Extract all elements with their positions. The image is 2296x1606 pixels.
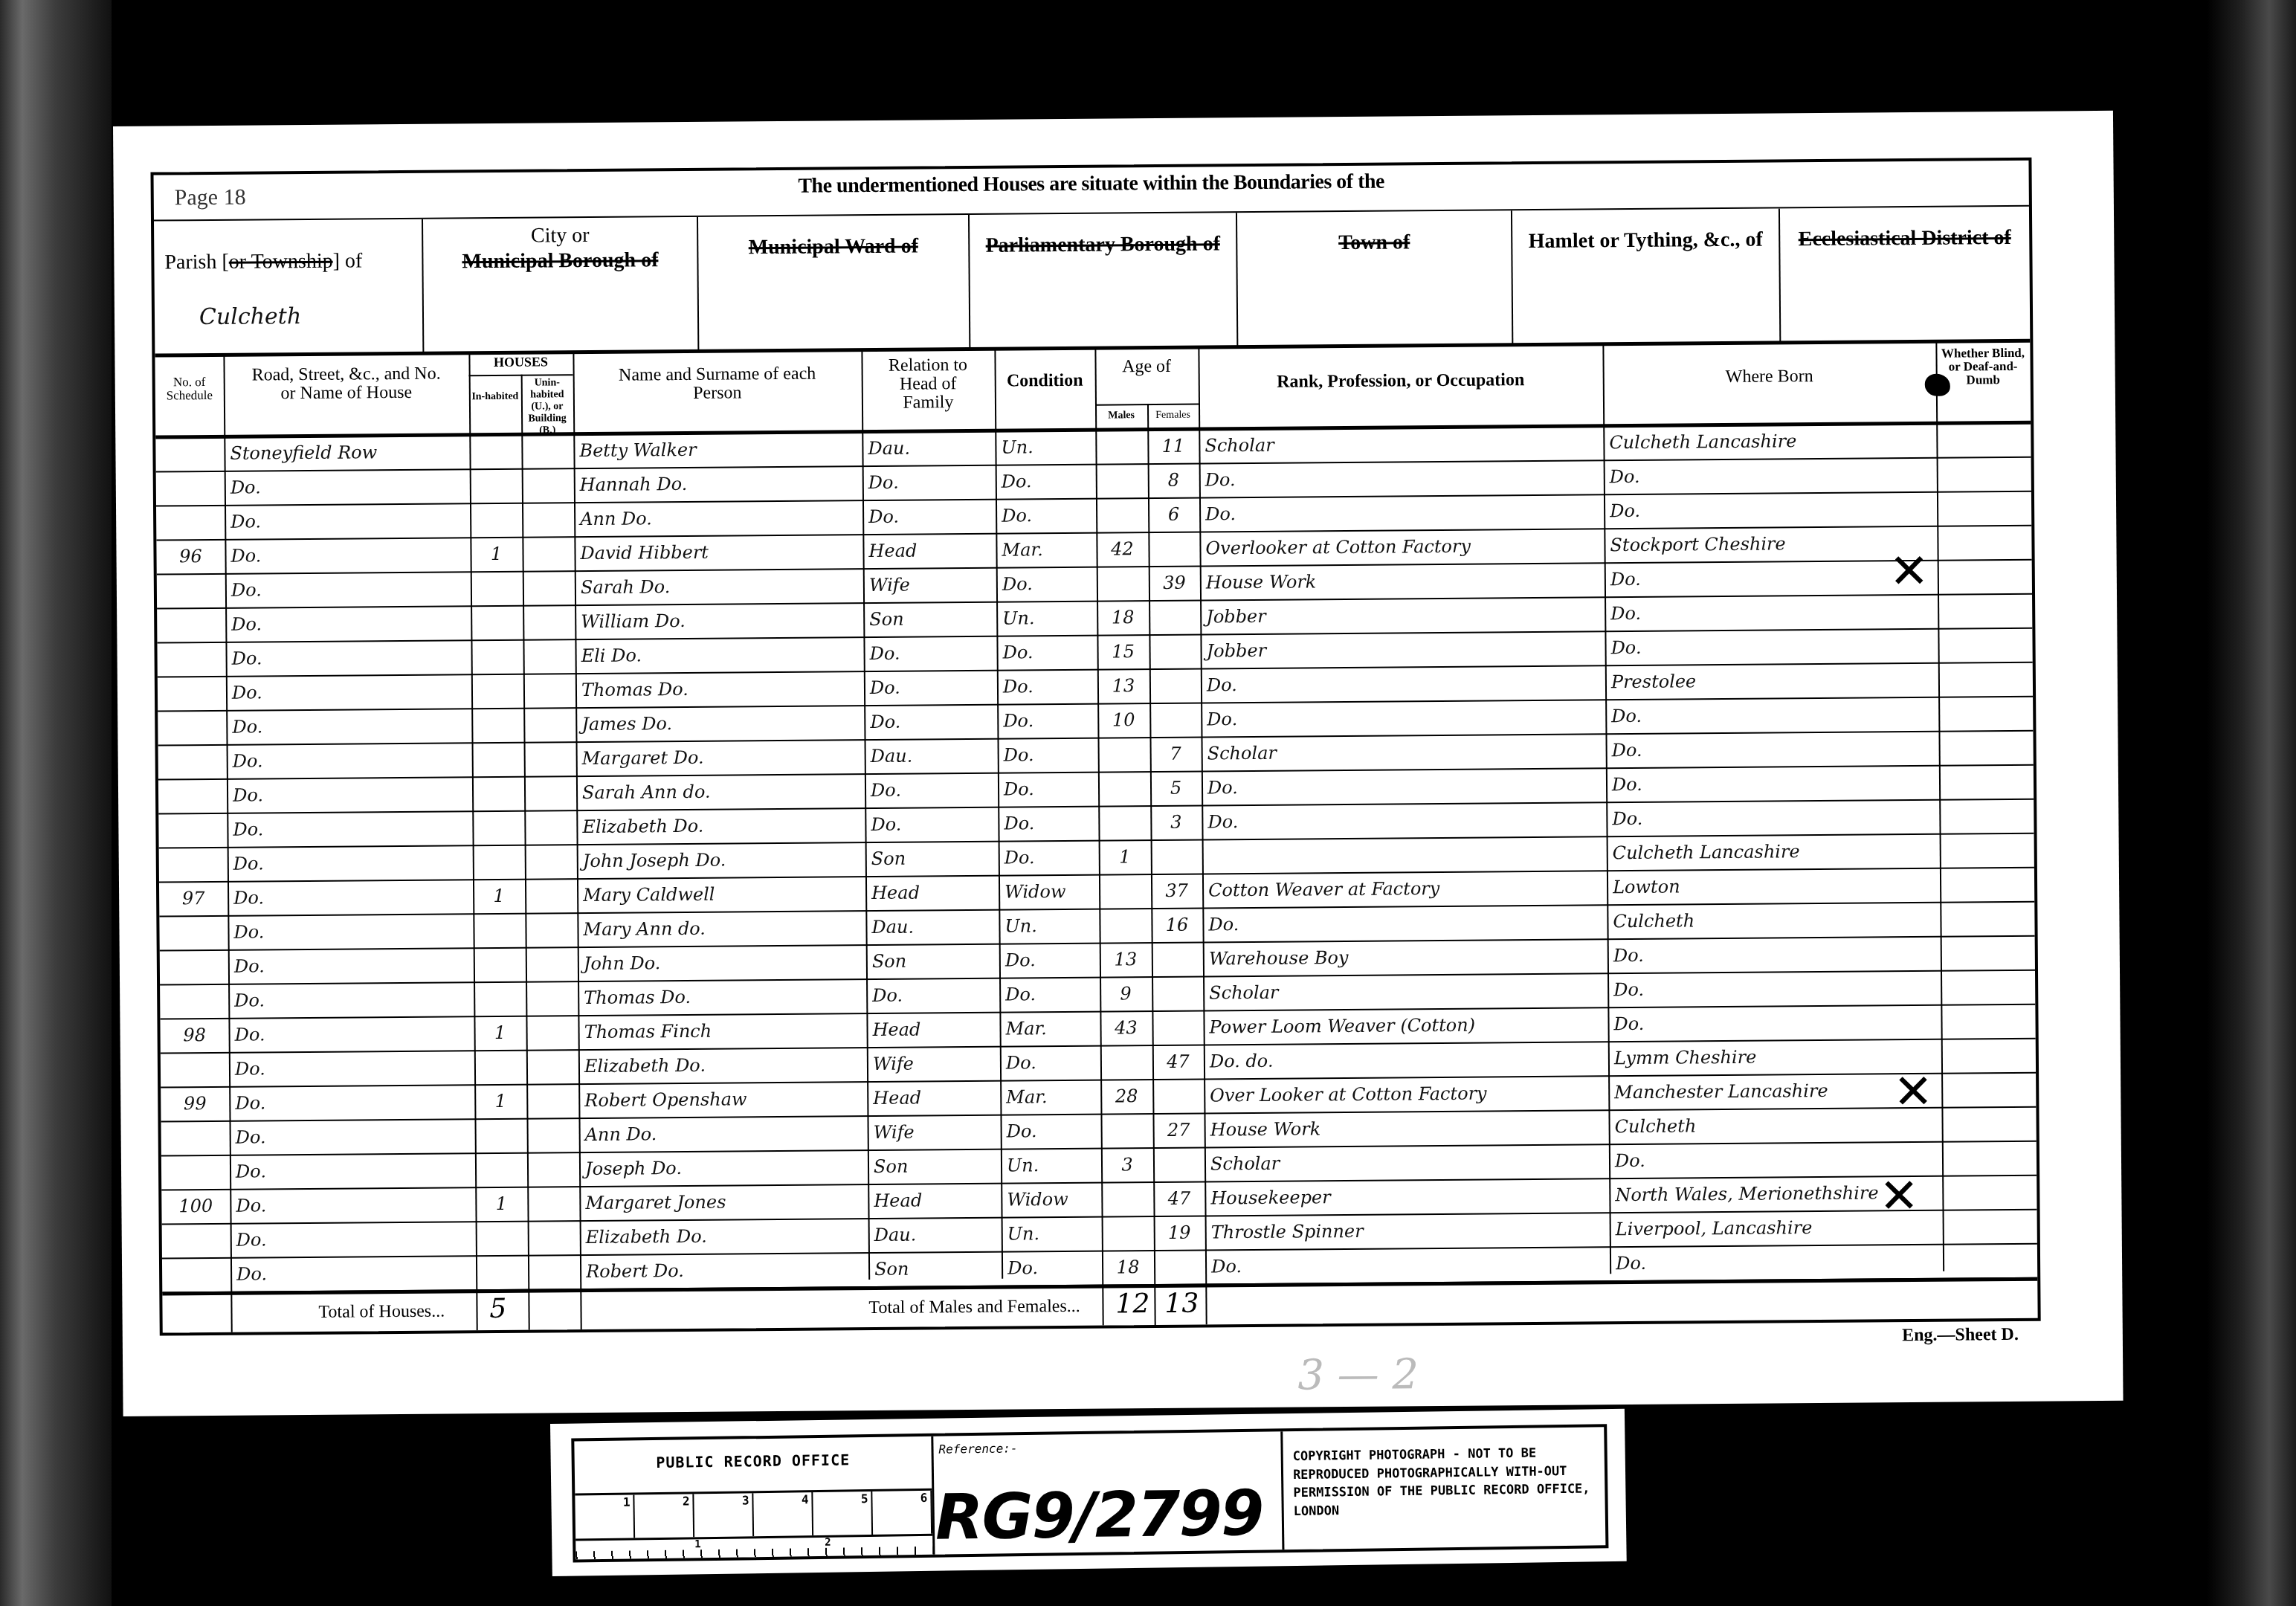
cell-relation: Son bbox=[868, 1149, 1001, 1184]
cell-occupation: Do. bbox=[1201, 699, 1605, 736]
cell-occupation: Scholar bbox=[1205, 1144, 1609, 1181]
cell-condition: Do. bbox=[998, 772, 1098, 807]
cell-male-age bbox=[1096, 463, 1148, 498]
cell-schedule bbox=[157, 642, 225, 677]
header-where-born: Where Born bbox=[1602, 341, 1936, 426]
cell-inhabited bbox=[475, 1152, 527, 1187]
cell-female-age bbox=[1152, 976, 1203, 1011]
cell-condition: Un. bbox=[1001, 1148, 1101, 1183]
cell-name: James Do. bbox=[575, 705, 864, 741]
cell-relation: Do. bbox=[865, 807, 998, 842]
cell-condition: Widow bbox=[999, 874, 1099, 909]
cell-occupation: Cotton Weaver at Factory bbox=[1202, 870, 1607, 907]
cell-schedule bbox=[156, 505, 225, 540]
cell-where-born: Manchester Lancashire bbox=[1608, 1073, 1941, 1110]
cell-female-age bbox=[1154, 1250, 1205, 1285]
cell-uninhabited bbox=[524, 810, 576, 845]
cell-where-born: Do. bbox=[1605, 594, 1938, 631]
cell-schedule bbox=[159, 915, 228, 950]
sheet-label: Eng.—Sheet D. bbox=[1902, 1325, 2019, 1346]
cell-female-age: 7 bbox=[1149, 737, 1201, 772]
cell-road: Do. bbox=[225, 503, 470, 539]
cell-condition: Do. bbox=[999, 977, 1100, 1012]
cell-relation: Do. bbox=[862, 465, 996, 500]
cell-male-age bbox=[1101, 1181, 1153, 1216]
cell-schedule bbox=[159, 847, 228, 882]
cell-road: Do. bbox=[225, 605, 471, 642]
cell-male-age: 13 bbox=[1100, 942, 1152, 977]
cell-road: Do. bbox=[225, 537, 470, 573]
cell-male-age: 28 bbox=[1100, 1079, 1152, 1114]
location-parl-borough: Parliamentary Borough of bbox=[968, 213, 1236, 349]
cell-uninhabited bbox=[523, 707, 575, 742]
cell-road: Do. bbox=[227, 810, 472, 847]
cell-schedule bbox=[160, 984, 228, 1019]
cell-relation: Do. bbox=[866, 978, 999, 1013]
cell-inhabited bbox=[471, 605, 523, 640]
pro-reference-label: PUBLIC RECORD OFFICE 1 2 3 4 5 6 1 2 Ref… bbox=[550, 1409, 1627, 1576]
cross-mark: ✕ bbox=[1893, 1068, 1933, 1116]
cell-occupation: Do. do. bbox=[1204, 1041, 1608, 1078]
header-name: Name and Surname of each Person bbox=[573, 349, 862, 433]
cell-occupation: Overlooker at Cotton Factory bbox=[1199, 528, 1604, 565]
cell-infirmity bbox=[1943, 1209, 2037, 1244]
cell-schedule bbox=[158, 778, 227, 813]
scan-edge-right bbox=[2207, 0, 2296, 1606]
census-form: Page 18 The undermentioned Houses are si… bbox=[150, 158, 2040, 1336]
cell-inhabited bbox=[472, 742, 524, 777]
cell-occupation: Scholar bbox=[1203, 973, 1607, 1010]
cell-uninhabited bbox=[526, 1118, 578, 1152]
cell-where-born: Do. bbox=[1605, 628, 1938, 665]
cell-infirmity bbox=[1937, 457, 2031, 491]
cell-occupation: Do. bbox=[1199, 494, 1604, 531]
cell-road: Do. bbox=[229, 1084, 474, 1120]
cell-where-born: Lowton bbox=[1607, 868, 1940, 905]
cell-occupation: House Work bbox=[1204, 1109, 1608, 1147]
cell-uninhabited bbox=[523, 570, 575, 605]
cell-inhabited bbox=[474, 947, 526, 982]
cell-male-age bbox=[1095, 429, 1147, 464]
cell-name: Elizabeth Do. bbox=[576, 807, 865, 844]
cell-condition: Do. bbox=[996, 567, 1097, 602]
cell-condition: Widow bbox=[1001, 1182, 1101, 1217]
cell-infirmity bbox=[1942, 1175, 2037, 1210]
cell-inhabited: 1 bbox=[474, 1016, 526, 1051]
cell-occupation: Do. bbox=[1202, 802, 1606, 839]
cell-relation: Do. bbox=[865, 773, 998, 807]
cell-where-born: Do. bbox=[1607, 1004, 1941, 1042]
cell-where-born: Do. bbox=[1606, 765, 1939, 802]
cell-infirmity bbox=[1939, 799, 2034, 833]
cell-occupation: Over Looker at Cotton Factory bbox=[1204, 1075, 1608, 1112]
cell-schedule bbox=[161, 1052, 229, 1087]
cell-name: Joseph Do. bbox=[579, 1149, 868, 1186]
cell-road: Do. bbox=[225, 571, 471, 607]
cell-name: Elizabeth Do. bbox=[578, 1047, 867, 1083]
location-ward: Municipal Ward of bbox=[697, 215, 969, 351]
scale-bar-top: 1 2 3 4 5 6 bbox=[575, 1489, 932, 1541]
cell-relation: Wife bbox=[867, 1115, 1000, 1149]
total-houses-label: Total of Houses... bbox=[318, 1302, 445, 1323]
cell-uninhabited bbox=[527, 1186, 579, 1221]
location-ecclesiastical: Ecclesiastical District of bbox=[1779, 207, 2030, 343]
cell-occupation: Do. bbox=[1201, 665, 1605, 702]
header-infirmity: Whether Blind, or Deaf-and-Dumb bbox=[1935, 341, 2031, 423]
cell-uninhabited bbox=[526, 946, 578, 981]
cell-where-born: Do. bbox=[1607, 970, 1941, 1007]
cell-where-born: Prestolee bbox=[1605, 662, 1938, 700]
cell-infirmity bbox=[1938, 628, 2032, 662]
cell-female-age bbox=[1149, 703, 1201, 738]
cell-condition: Do. bbox=[999, 943, 1100, 978]
cell-name: Mary Caldwell bbox=[577, 876, 865, 912]
cell-condition: Do. bbox=[999, 840, 1099, 875]
cell-occupation: Do. bbox=[1202, 904, 1607, 941]
cell-condition: Un. bbox=[1002, 1216, 1102, 1251]
cell-relation: Head bbox=[862, 533, 996, 568]
cell-schedule bbox=[158, 744, 227, 779]
cell-infirmity bbox=[1940, 833, 2034, 868]
cell-condition: Do. bbox=[996, 498, 1096, 533]
cell-road: Do. bbox=[230, 1255, 476, 1291]
total-females-value: 13 bbox=[1164, 1289, 1199, 1319]
cell-infirmity bbox=[1938, 593, 2032, 628]
cell-uninhabited bbox=[523, 673, 575, 708]
cell-schedule: 98 bbox=[160, 1018, 228, 1053]
cell-relation: Son bbox=[866, 944, 999, 978]
cell-female-age: 37 bbox=[1151, 874, 1202, 909]
cell-where-born: Do. bbox=[1605, 697, 1938, 734]
cell-name: Sarah Ann do. bbox=[576, 773, 865, 810]
cell-name: Thomas Do. bbox=[578, 978, 866, 1015]
cell-uninhabited bbox=[526, 981, 578, 1016]
cell-infirmity bbox=[1941, 1106, 2036, 1141]
cell-where-born: Culcheth bbox=[1607, 902, 1940, 939]
cell-name: Betty Walker bbox=[573, 431, 862, 468]
cell-where-born: Culcheth Lancashire bbox=[1607, 833, 1940, 871]
cell-where-born: Culcheth Lancashire bbox=[1603, 423, 1936, 460]
cell-where-born: Do. bbox=[1606, 799, 1939, 836]
cell-infirmity bbox=[1941, 1004, 2035, 1039]
cell-schedule bbox=[162, 1223, 230, 1258]
cell-road: Do. bbox=[228, 947, 474, 984]
cell-occupation: Power Loom Weaver (Cotton) bbox=[1203, 1007, 1607, 1044]
cell-inhabited: 1 bbox=[473, 879, 525, 914]
cell-relation: Dau. bbox=[865, 909, 999, 944]
cell-schedule bbox=[157, 573, 225, 608]
cell-infirmity bbox=[1940, 867, 2034, 902]
location-town: Town of bbox=[1236, 210, 1512, 346]
cell-name: Ann Do. bbox=[578, 1115, 867, 1152]
cell-male-age: 3 bbox=[1101, 1147, 1153, 1182]
cell-occupation: Throstle Spinner bbox=[1205, 1212, 1610, 1249]
header-houses: HOUSES In-habited Unin-habited (U.), or … bbox=[468, 352, 573, 434]
cell-road: Do. bbox=[228, 845, 473, 881]
header-schedule: No. of Schedule bbox=[155, 355, 224, 437]
cell-uninhabited bbox=[522, 536, 574, 571]
cell-schedule bbox=[158, 676, 226, 711]
cell-name: Elizabeth Do. bbox=[580, 1218, 868, 1254]
parish-value: Culcheth bbox=[199, 303, 301, 330]
cell-female-age bbox=[1152, 1010, 1203, 1045]
cell-name: Robert Do. bbox=[580, 1252, 868, 1289]
cell-schedule bbox=[161, 1155, 230, 1190]
cell-infirmity bbox=[1939, 764, 2034, 799]
header-condition: Condition bbox=[994, 348, 1095, 430]
cell-uninhabited bbox=[522, 502, 574, 537]
cell-infirmity bbox=[1940, 901, 2034, 936]
pro-office-title: PUBLIC RECORD OFFICE bbox=[575, 1450, 932, 1473]
cell-name: Sarah Do. bbox=[575, 568, 863, 604]
cell-name: John Do. bbox=[578, 944, 866, 981]
cell-inhabited bbox=[471, 639, 523, 674]
cell-infirmity bbox=[1942, 1141, 2037, 1176]
cell-male-age: 42 bbox=[1096, 532, 1148, 567]
cell-uninhabited bbox=[527, 1152, 579, 1187]
cell-uninhabited bbox=[523, 604, 575, 639]
cell-inhabited bbox=[476, 1221, 528, 1256]
cell-male-age bbox=[1098, 771, 1150, 806]
cell-uninhabited bbox=[528, 1254, 580, 1289]
cell-relation: Dau. bbox=[862, 430, 995, 465]
cell-road: Do. bbox=[227, 776, 472, 813]
header-age: Age of Males Females bbox=[1094, 347, 1199, 430]
cell-inhabited bbox=[474, 1118, 526, 1153]
cell-schedule: 99 bbox=[161, 1086, 229, 1121]
cell-road: Do. bbox=[228, 981, 474, 1018]
cell-occupation: House Work bbox=[1200, 562, 1605, 599]
cell-relation: Do. bbox=[862, 499, 996, 534]
cell-female-age bbox=[1152, 942, 1203, 977]
cell-male-age: 18 bbox=[1102, 1250, 1154, 1285]
location-hamlet: Hamlet or Tything, &c., of bbox=[1511, 208, 1779, 344]
cell-condition: Do. bbox=[1000, 1045, 1100, 1080]
cell-road: Do. bbox=[230, 1221, 476, 1257]
cell-infirmity bbox=[1938, 730, 2033, 765]
cell-infirmity bbox=[1941, 970, 2035, 1004]
cell-occupation: Do. bbox=[1205, 1246, 1610, 1283]
cell-uninhabited bbox=[522, 468, 574, 503]
cell-female-age: 16 bbox=[1151, 908, 1202, 943]
cell-uninhabited bbox=[525, 878, 577, 913]
cell-condition: Do. bbox=[1002, 1251, 1102, 1286]
cell-name: John Joseph Do. bbox=[577, 842, 865, 878]
cell-infirmity bbox=[1941, 1038, 2036, 1073]
cell-condition: Do. bbox=[997, 738, 1097, 773]
cross-mark: ✕ bbox=[1889, 548, 1929, 596]
scale-bar-bottom: 1 2 bbox=[575, 1534, 932, 1560]
cell-uninhabited bbox=[526, 1049, 578, 1084]
cell-road: Do. bbox=[228, 913, 473, 949]
total-houses-value: 5 bbox=[489, 1294, 506, 1324]
cell-male-age: 1 bbox=[1099, 839, 1151, 874]
cell-female-age: 6 bbox=[1148, 497, 1199, 532]
pro-office-box: PUBLIC RECORD OFFICE 1 2 3 4 5 6 1 2 bbox=[574, 1436, 935, 1560]
cell-male-age bbox=[1102, 1216, 1154, 1251]
cell-name: Margaret Do. bbox=[576, 739, 865, 775]
cell-road: Do. bbox=[226, 674, 471, 710]
scan-edge-left bbox=[0, 0, 112, 1606]
header-relation: Relation to Head of Family bbox=[861, 349, 995, 431]
cell-condition: Mar. bbox=[996, 532, 1096, 567]
cell-schedule: 100 bbox=[161, 1189, 230, 1224]
cell-condition: Do. bbox=[998, 806, 1098, 841]
cell-where-born: Do. bbox=[1604, 457, 1937, 494]
cell-male-age: 18 bbox=[1097, 600, 1149, 635]
cell-female-age bbox=[1151, 839, 1202, 874]
cell-where-born: Stockport Cheshire bbox=[1604, 526, 1937, 563]
cell-condition: Un. bbox=[995, 430, 1095, 465]
census-rows: Stoneyfield RowBetty WalkerDau.Un.11Scho… bbox=[155, 422, 2037, 1292]
cell-inhabited: 1 bbox=[470, 537, 522, 572]
cell-road: Do. bbox=[230, 1118, 475, 1155]
cell-road: Do. bbox=[230, 1187, 475, 1223]
cell-inhabited: 1 bbox=[474, 1084, 526, 1119]
cell-condition: Un. bbox=[996, 601, 1097, 636]
cell-male-age bbox=[1096, 497, 1148, 532]
page-title: The undermentioned Houses are situate wi… bbox=[154, 165, 2029, 204]
cell-female-age bbox=[1149, 600, 1200, 635]
cell-female-age: 11 bbox=[1147, 429, 1199, 464]
cell-inhabited bbox=[472, 776, 524, 811]
cell-road: Do. bbox=[230, 1152, 475, 1189]
cell-infirmity bbox=[1938, 696, 2033, 731]
cell-schedule bbox=[158, 813, 227, 848]
location-parish: Parish [or Township] of Culcheth bbox=[154, 219, 422, 355]
cell-where-born: Lymm Cheshire bbox=[1608, 1039, 1941, 1076]
cell-relation: Son bbox=[865, 841, 999, 876]
cell-infirmity bbox=[1943, 1243, 2037, 1278]
cell-infirmity bbox=[1936, 422, 2031, 457]
cell-occupation: Jobber bbox=[1200, 596, 1605, 633]
cell-inhabited bbox=[472, 810, 524, 845]
cell-schedule bbox=[158, 710, 226, 745]
cell-male-age bbox=[1100, 1045, 1152, 1080]
cell-uninhabited bbox=[528, 1220, 580, 1255]
cell-female-age: 8 bbox=[1148, 463, 1199, 498]
cell-inhabited bbox=[470, 503, 522, 538]
cell-inhabited bbox=[471, 571, 523, 606]
cell-infirmity bbox=[1937, 525, 2031, 560]
total-males-value: 12 bbox=[1115, 1289, 1149, 1319]
cell-road: Do. bbox=[225, 639, 471, 676]
reference-number: RG9/2799 bbox=[935, 1477, 1263, 1554]
cell-uninhabited bbox=[525, 844, 577, 879]
cell-inhabited bbox=[474, 1050, 526, 1085]
cell-inhabited bbox=[473, 913, 525, 948]
cell-female-age bbox=[1149, 668, 1201, 703]
cell-name: Mary Ann do. bbox=[577, 910, 865, 946]
copyright-notice: COPYRIGHT PHOTOGRAPH - NOT TO BE REPRODU… bbox=[1293, 1443, 1598, 1520]
cell-female-age: 5 bbox=[1150, 771, 1202, 806]
cell-relation: Head bbox=[866, 1012, 999, 1047]
cell-where-born: Culcheth bbox=[1608, 1107, 1941, 1144]
cell-occupation: Housekeeper bbox=[1205, 1178, 1609, 1215]
cell-female-age: 47 bbox=[1153, 1181, 1205, 1216]
cell-name: Ann Do. bbox=[574, 500, 862, 536]
cell-schedule: 96 bbox=[156, 539, 225, 574]
cell-occupation: Scholar bbox=[1199, 425, 1603, 462]
cell-where-born: Do. bbox=[1605, 731, 1938, 768]
cell-uninhabited bbox=[521, 433, 573, 468]
cell-uninhabited bbox=[524, 741, 576, 776]
cell-uninhabited bbox=[526, 1083, 578, 1118]
cell-inhabited bbox=[470, 468, 522, 503]
cell-road: Do. bbox=[229, 1050, 474, 1086]
cell-relation: Head bbox=[867, 1080, 1000, 1115]
cell-road: Stoneyfield Row bbox=[224, 434, 469, 471]
cell-female-age: 47 bbox=[1152, 1045, 1204, 1080]
cell-relation: Dau. bbox=[868, 1217, 1002, 1252]
cell-name: Eli Do. bbox=[575, 636, 863, 673]
cell-female-age: 19 bbox=[1154, 1216, 1205, 1251]
cell-inhabited bbox=[474, 981, 526, 1016]
cell-relation: Do. bbox=[864, 704, 997, 739]
cell-schedule bbox=[155, 436, 224, 471]
cell-relation: Dau. bbox=[865, 738, 998, 773]
cell-road: Do. bbox=[228, 1016, 474, 1052]
cell-relation: Head bbox=[868, 1183, 1001, 1218]
header-road: Road, Street, &c., and No. or Name of Ho… bbox=[223, 352, 469, 436]
cell-inhabited bbox=[473, 845, 525, 880]
cell-male-age: 43 bbox=[1100, 1010, 1152, 1045]
cell-uninhabited bbox=[524, 775, 576, 810]
cell-schedule bbox=[160, 949, 228, 984]
cell-relation: Do. bbox=[863, 636, 996, 671]
cell-uninhabited bbox=[526, 1015, 578, 1050]
cell-condition: Do. bbox=[1000, 1114, 1100, 1149]
cell-condition: Do. bbox=[997, 703, 1097, 738]
cell-uninhabited bbox=[525, 912, 577, 947]
cell-inhabited: 1 bbox=[475, 1187, 527, 1222]
cell-male-age bbox=[1097, 737, 1149, 772]
cell-occupation: Scholar bbox=[1201, 733, 1605, 770]
cell-where-born: Do. bbox=[1604, 491, 1937, 529]
cell-schedule bbox=[157, 607, 225, 642]
cell-male-age bbox=[1099, 908, 1151, 943]
cell-inhabited bbox=[471, 708, 523, 743]
cell-where-born: Do. bbox=[1605, 560, 1938, 597]
cell-infirmity bbox=[1941, 1072, 2036, 1107]
cell-female-age: 39 bbox=[1149, 566, 1200, 601]
cell-inhabited bbox=[476, 1255, 528, 1290]
cell-infirmity bbox=[1938, 662, 2033, 697]
cell-infirmity bbox=[1937, 491, 2031, 526]
cell-condition: Do. bbox=[996, 635, 1097, 670]
pro-reference-box: Reference:- RG9/2799 bbox=[931, 1431, 1284, 1555]
cell-male-age bbox=[1098, 805, 1150, 840]
cell-where-born: Do. bbox=[1607, 936, 1941, 973]
cell-occupation: Do. bbox=[1202, 767, 1606, 804]
cell-female-age bbox=[1148, 532, 1199, 567]
cell-condition: Do. bbox=[997, 669, 1097, 704]
cell-road: Do. bbox=[228, 879, 473, 915]
cell-condition: Do. bbox=[996, 464, 1096, 499]
header-occupation: Rank, Profession, or Occupation bbox=[1198, 344, 1603, 428]
cell-condition: Un. bbox=[999, 909, 1099, 944]
cell-name: David Hibbert bbox=[574, 534, 862, 570]
cell-name: Thomas Finch bbox=[578, 1013, 866, 1049]
cell-name: Robert Openshaw bbox=[578, 1081, 867, 1118]
cell-relation: Do. bbox=[864, 670, 997, 705]
cell-female-age: 3 bbox=[1150, 805, 1202, 840]
cell-inhabited bbox=[469, 434, 521, 469]
cell-schedule: 97 bbox=[159, 881, 228, 916]
total-persons-label: Total of Males and Females... bbox=[868, 1297, 1080, 1318]
census-page: Page 18 The undermentioned Houses are si… bbox=[113, 111, 2124, 1416]
cell-female-age bbox=[1153, 1147, 1205, 1182]
